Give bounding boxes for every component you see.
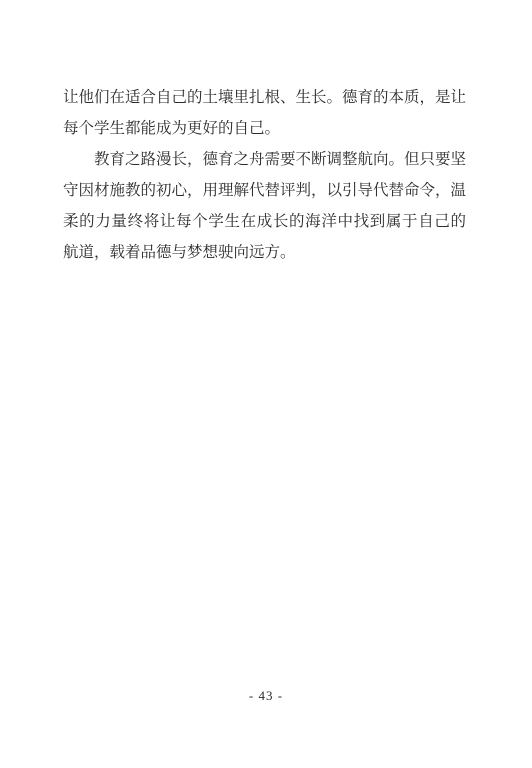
- text-line: 每个学生都能成为更好的自己。: [63, 113, 466, 144]
- paragraph-1: 让他们在适合自己的土壤里扎根、生长。德育的本质，是让 每个学生都能成为更好的自己…: [63, 82, 466, 144]
- paragraph-2: 教育之路漫长，德育之舟需要不断调整航向。但只要坚 守因材施教的初心，用理解代替评…: [63, 144, 466, 268]
- document-page: 让他们在适合自己的土壤里扎根、生长。德育的本质，是让 每个学生都能成为更好的自己…: [0, 0, 532, 768]
- text-line: 航道，载着品德与梦想驶向远方。: [63, 237, 466, 268]
- text-line: 柔的力量终将让每个学生在成长的海洋中找到属于自己的: [63, 206, 466, 237]
- text-line: 让他们在适合自己的土壤里扎根、生长。德育的本质，是让: [63, 82, 466, 113]
- page-number: - 43 -: [0, 688, 532, 704]
- text-line: 教育之路漫长，德育之舟需要不断调整航向。但只要坚: [63, 144, 466, 175]
- text-block: 让他们在适合自己的土壤里扎根、生长。德育的本质，是让 每个学生都能成为更好的自己…: [63, 82, 466, 268]
- text-line: 守因材施教的初心，用理解代替评判，以引导代替命令，温: [63, 175, 466, 206]
